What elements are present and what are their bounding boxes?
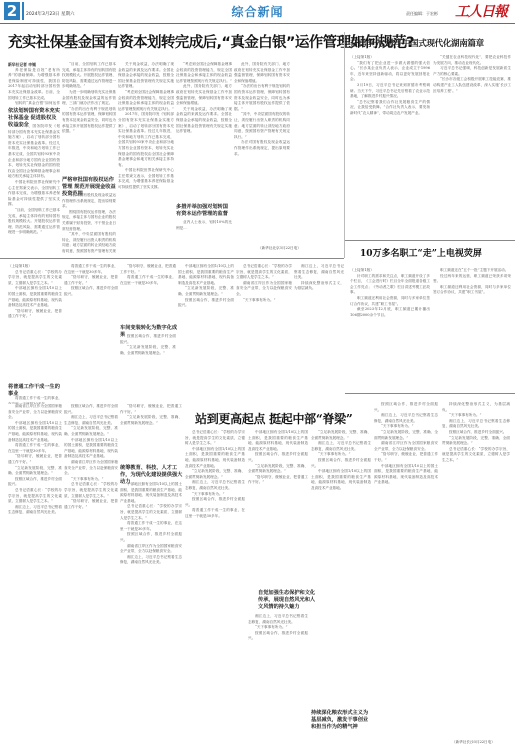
article-text-col: 2017年，国务院印发《划转部分国有资本充实社保基金实施方案》，启动了划转部分国… xyxy=(8,124,60,254)
central-text-col: 中部地区拥有全国1/10以上的国土面积，是我国重要的粮食生产基地、能源原材料基地… xyxy=(178,264,234,404)
central-text-col: “立足新发展阶段，完整、准确、全面贯彻新发展理念。” 湘江边上，习近平总书记察看… xyxy=(311,430,371,700)
central-text-col: 湘江边上，习近平总书记察看生态修复，湖南自然风光壮美。 持续深化整治形式主义，为… xyxy=(294,264,344,404)
article-text-col: 此外，国务院有关部门、地方政府在划转充实社保基金工作中加强监督管理，保障划转国有… xyxy=(234,62,290,242)
hunan-headline[interactable]: 奋勇争先,谱写中国式现代化湖南篇章 xyxy=(350,37,515,49)
sign-off: （新华社长沙3月22日电） xyxy=(452,740,495,745)
central-text-col: “恪尽职守，兢兢业业，把普通工作干好。” 将普通工作干成一生的事业，在这里一干就… xyxy=(120,264,176,324)
central-text-col: 按照区域合作，推进乡村全面振兴。 湘江边上，习近平总书记察看生态修复，湖南自然风… xyxy=(374,402,438,744)
central-text-col: 总书记语重心长：“学校的办学宗旨，就是提高学生的文化素质，立德树人是学生之本。”… xyxy=(185,430,245,744)
newspaper-logo: 工人日報 xyxy=(455,1,507,21)
subhead: 持续深化粮农形式主义为基层减负，激发干事创业和担当作为的精气神 xyxy=(311,710,373,731)
hunan-text-col: （上接第1版） “我们有了把企业进一步做大做强的强大信心。”长沙某企业负责人表示… xyxy=(350,55,430,240)
sign-off: （新华社北京3月22日电） xyxy=(258,246,301,251)
central-text-col: 湖南省江岸区作为全国国家粮食安全产业带，全力以赴保粮食安全。 中部地区拥有全国1… xyxy=(8,404,62,744)
responsible-editor: 责任编辑：于宏彬 xyxy=(406,11,438,17)
article-text-col: 新华社记者 申铖 养老保险是百姓“老有所养”的基础保障。为增强基本养老保险制度可… xyxy=(8,62,60,107)
section-divider xyxy=(0,258,344,259)
hunan-text-col: “关键在农业科技现代化”，要把农业科技作为发展方向，推动农业现代化。 习近平总书… xyxy=(433,55,511,240)
page-masthead: 2 2024年3月23日 星期六 综合新闻 责任编辑：于宏彬 工人日報 xyxy=(0,0,515,24)
section-divider xyxy=(345,240,515,241)
tv-text-col: （上接第1版） 针对职工的需求和关注点，职工频道开设了多个栏目，《工会进行时》栏… xyxy=(350,268,430,390)
tv-workers-headline[interactable]: 10万多名职工“走”上电视荧屏 xyxy=(360,246,482,259)
central-text-col: 湘江边上，习近平总书记察看生态修复，湖南自然风光壮美。 “天下事事有所为。” 按… xyxy=(248,614,308,744)
central-china-headline[interactable]: 站到更高起点 挺起中部“脊梁” xyxy=(195,410,352,427)
central-text-col: 总书记语重心长：“学校的办学宗旨，就是提高学生的文化素质，立德树人是学生之本。”… xyxy=(236,264,292,404)
article-text-col: 关于现金收益，办法明确了现金收益的来源及运作要求。全国社保基金会承接的现金收益，… xyxy=(118,62,174,255)
main-headline[interactable]: 充实社保基金国有资本划转完成后,“真金白银”运作管理如何规范? xyxy=(8,31,343,52)
column-divider xyxy=(344,32,345,258)
central-text-col: （上接第1版） 总书记语重心长：“学校的办学宗旨，就是提高学生的文化素质，立德树… xyxy=(8,264,62,399)
subhead: 自觉加强生态保护和文化传承，展现自然风光和人文风情的持久魅力 xyxy=(258,590,318,611)
section-divider xyxy=(345,393,515,394)
central-text-col: 将普通工作干成一生的事业，在这里一干就是30多年。 xyxy=(8,396,62,404)
subhead: 多措并举加强对划转国有资本运作管理的监督 xyxy=(176,204,232,218)
article-text-col: 业内人士表示，划转10%的比例是... xyxy=(176,220,232,255)
central-text-col: 按照区域合作，推进乡村全面振兴。 “立足新发展阶段，完整、准确、全面贯彻新发展理… xyxy=(120,334,176,404)
article-text-col: 办法对国有股权及现金收益运作管理作出系统规定，提出原则要求。 围绕国有股权运作管… xyxy=(62,193,116,255)
central-text-col: 按照区域合作，推进乡村全面振兴。 湘江边上，习近平总书记察看生态修复，湖南自然风… xyxy=(64,404,118,744)
central-text-col: 中部地区拥有全国1/10以上的国土面积，是我国重要的粮食生产基地、能源原材料基地… xyxy=(248,430,308,590)
article-text-col: “考虑到全国社会保障基金理事会较高的投资管理能力，规定全国社保基金会和承接主体的… xyxy=(176,62,232,202)
central-text-col: 持续深化整治形式主义，为基层减负。 “天下事事有所为。” 湘江边上，习近平总书记… xyxy=(442,402,510,737)
central-text-col: 中部地区拥有全国1/10以上的国土面积，是我国重要的粮食生产基地、能源原材料基地… xyxy=(120,482,182,744)
tv-text-col: 职工频道还在“五个一批”主题下开展活动。 经过两年来的运营，职工频道已荣获多项荣… xyxy=(433,268,511,390)
article-text-col: “目前，全国划转工作已基本完成，承接主体持有的划转国有股权规模较大。开展股权运作… xyxy=(62,62,116,176)
central-text-col: 将普通工作干成一生的事业，在这里一干就是30多年。 “恪尽职守，兢兢业业，把普通… xyxy=(64,264,118,404)
central-text-col: “恪尽职守，兢兢业业，把普通工作干好。” “立足新发展阶段，完整、准确、全面贯彻… xyxy=(120,404,182,464)
